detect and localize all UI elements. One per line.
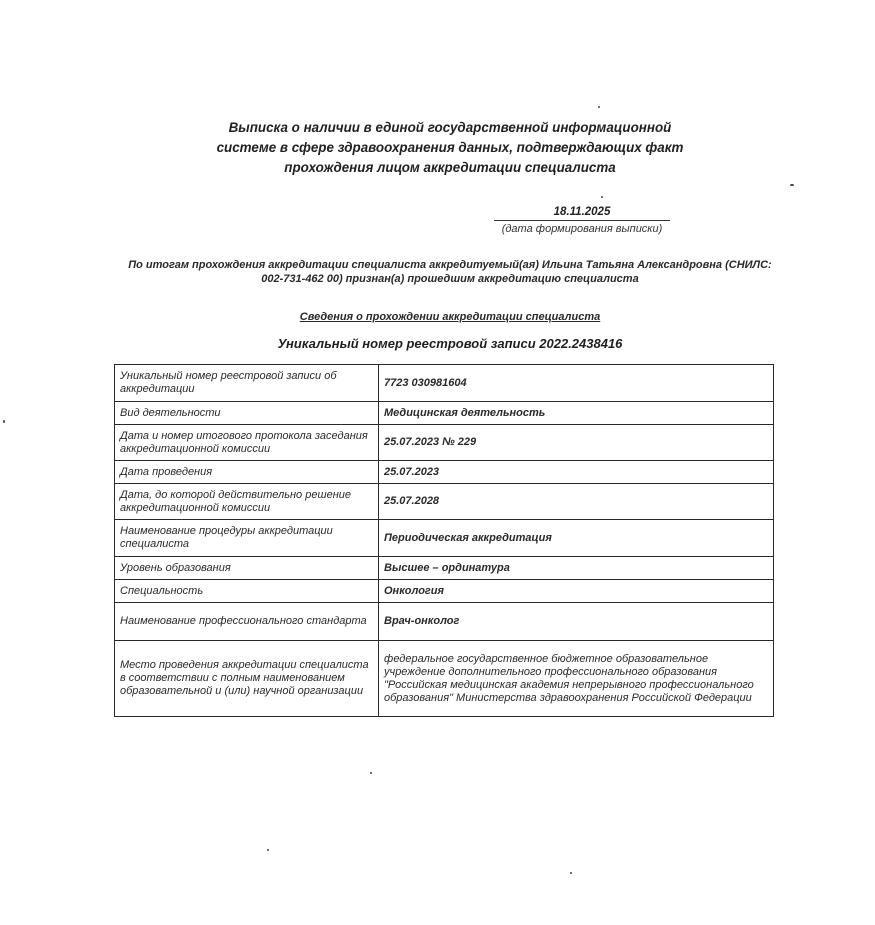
scan-speck	[370, 772, 372, 774]
title-line: системе в сфере здравоохранения данных, …	[200, 138, 700, 158]
table-row: Вид деятельности Медицинская деятельност…	[115, 402, 774, 425]
row-value: 7723 030981604	[379, 365, 774, 402]
intro-line: По итогам прохождения аккредитации специ…	[110, 258, 790, 272]
accreditation-info-table: Уникальный номер реестровой записи об ак…	[114, 364, 774, 717]
row-label: Вид деятельности	[115, 402, 379, 425]
row-value: Онкология	[379, 580, 774, 603]
row-value: Высшее – ординатура	[379, 557, 774, 580]
table-row: Специальность Онкология	[115, 580, 774, 603]
table-row: Уровень образования Высшее – ординатура	[115, 557, 774, 580]
intro-line: 002-731-462 00) признан(а) прошедшим акк…	[110, 272, 790, 286]
table-row: Дата и номер итогового протокола заседан…	[115, 425, 774, 461]
scan-speck	[570, 872, 572, 874]
section-heading: Сведения о прохождении аккредитации спец…	[200, 311, 700, 323]
table-row: Наименование процедуры аккредитации спец…	[115, 520, 774, 557]
row-label: Дата и номер итогового протокола заседан…	[115, 425, 379, 461]
document-title: Выписка о наличии в единой государственн…	[200, 118, 700, 178]
table-row: Наименование профессионального стандарта…	[115, 603, 774, 641]
row-value: Медицинская деятельность	[379, 402, 774, 425]
row-value: Врач-онколог	[379, 603, 774, 641]
row-label: Наименование процедуры аккредитации спец…	[115, 520, 379, 557]
row-value: 25.07.2028	[379, 484, 774, 520]
row-value: федеральное государственное бюджетное об…	[379, 641, 774, 717]
issue-date: 18.11.2025	[494, 205, 670, 221]
row-label: Место проведения аккредитации специалист…	[115, 641, 379, 717]
row-label: Уникальный номер реестровой записи об ак…	[115, 365, 379, 402]
registry-record-heading: Уникальный номер реестровой записи 2022.…	[200, 336, 700, 351]
issue-date-block: 18.11.2025 (дата формирования выписки)	[494, 205, 670, 236]
scan-speck	[3, 420, 5, 423]
scan-speck	[790, 184, 794, 186]
table-row: Уникальный номер реестровой записи об ак…	[115, 365, 774, 402]
row-label: Уровень образования	[115, 557, 379, 580]
table-row: Дата проведения 25.07.2023	[115, 461, 774, 484]
scan-speck	[598, 106, 600, 108]
table-row: Дата, до которой действительно решение а…	[115, 484, 774, 520]
row-label: Наименование профессионального стандарта	[115, 603, 379, 641]
scan-speck	[267, 849, 269, 851]
title-line: Выписка о наличии в единой государственн…	[200, 118, 700, 138]
row-label: Специальность	[115, 580, 379, 603]
title-line: прохождения лицом аккредитации специалис…	[200, 158, 700, 178]
table-row: Место проведения аккредитации специалист…	[115, 641, 774, 717]
scan-speck	[601, 196, 603, 198]
row-value: 25.07.2023 № 229	[379, 425, 774, 461]
row-label: Дата проведения	[115, 461, 379, 484]
row-value: Периодическая аккредитация	[379, 520, 774, 557]
intro-paragraph: По итогам прохождения аккредитации специ…	[110, 258, 790, 286]
issue-date-caption: (дата формирования выписки)	[494, 222, 670, 236]
row-value: 25.07.2023	[379, 461, 774, 484]
row-label: Дата, до которой действительно решение а…	[115, 484, 379, 520]
